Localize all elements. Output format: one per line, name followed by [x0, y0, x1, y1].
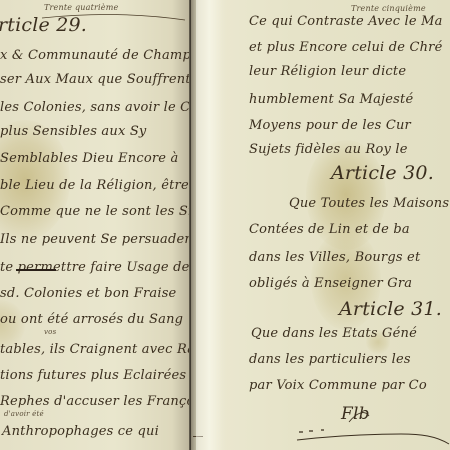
- right-line: Ce qui Contraste Avec le Ma: [249, 14, 443, 29]
- right-line: Que dans les Etats Géné: [251, 326, 417, 341]
- right-line: obligés à Enseigner Gra: [249, 276, 412, 291]
- left-page: Trente quatrième rticle 29. x & Communau…: [0, 0, 191, 450]
- left-line: Anthropophages ce qui: [2, 424, 159, 439]
- left-line: tables, ils Craignent avec Raison: [0, 342, 191, 357]
- left-line: Ils ne peuvent Se persuader: [0, 232, 191, 247]
- signature-flourish: [291, 408, 450, 448]
- signature: Flb: [341, 404, 370, 424]
- right-heading-article-31: Article 31.: [339, 298, 442, 320]
- right-line: Sujets fidèles au Roy le: [249, 142, 408, 157]
- left-line: ou ont été arrosés du Sang: [0, 312, 183, 327]
- left-line: x & Communauté de Champagne: [0, 48, 191, 63]
- left-line: sd. Colonies et bon Fraise: [0, 286, 176, 301]
- left-line: ser Aux Maux que Souffrent les: [0, 72, 191, 87]
- left-margin-note: Trente quatrième: [44, 3, 118, 12]
- left-line: plus Sensibles aux Sy: [0, 124, 146, 139]
- left-line: les Colonies, sans avoir le Coeur: [0, 100, 191, 115]
- left-line: Rephes d'accuser les François: [0, 394, 191, 409]
- right-line: dans les Villes, Bourgs et: [249, 250, 420, 265]
- right-line: humblement Sa Majesté: [249, 92, 413, 107]
- right-line: par Voix Commune par Co: [249, 378, 427, 393]
- interlinear-note: vos: [44, 328, 56, 336]
- left-line: ble Lieu de la Réligion, être: [0, 178, 189, 193]
- left-heading: rticle 29.: [0, 14, 87, 36]
- manuscript-spread: Trente quatrième rticle 29. x & Communau…: [0, 0, 450, 450]
- right-margin-note: Trente cinquième: [351, 4, 426, 13]
- right-line: dans les particuliers les: [249, 352, 411, 367]
- right-line: Que Toutes les Maisons: [289, 196, 449, 211]
- strikethrough-mark: [16, 269, 56, 271]
- left-line: Comme que ne le sont les Sites: [0, 204, 191, 219]
- left-line: tions futures plus Eclairées: [0, 368, 186, 383]
- left-line: te permettre faire Usage de: [0, 260, 190, 275]
- right-page: Trente cinquième Ce qui Contraste Avec l…: [191, 0, 450, 450]
- left-line: Semblables Dieu Encore à: [0, 151, 178, 166]
- right-line: leur Réligion leur dicte: [249, 64, 406, 79]
- right-line: Contées de Lin et de ba: [249, 222, 410, 237]
- right-heading-article-30: Article 30.: [331, 162, 434, 184]
- right-line: et plus Encore celui de Chré: [249, 40, 442, 55]
- interlinear-note: d'avoir été: [4, 410, 44, 418]
- margin-tick: [193, 436, 203, 437]
- right-line: Moyens pour de les Cur: [249, 118, 411, 133]
